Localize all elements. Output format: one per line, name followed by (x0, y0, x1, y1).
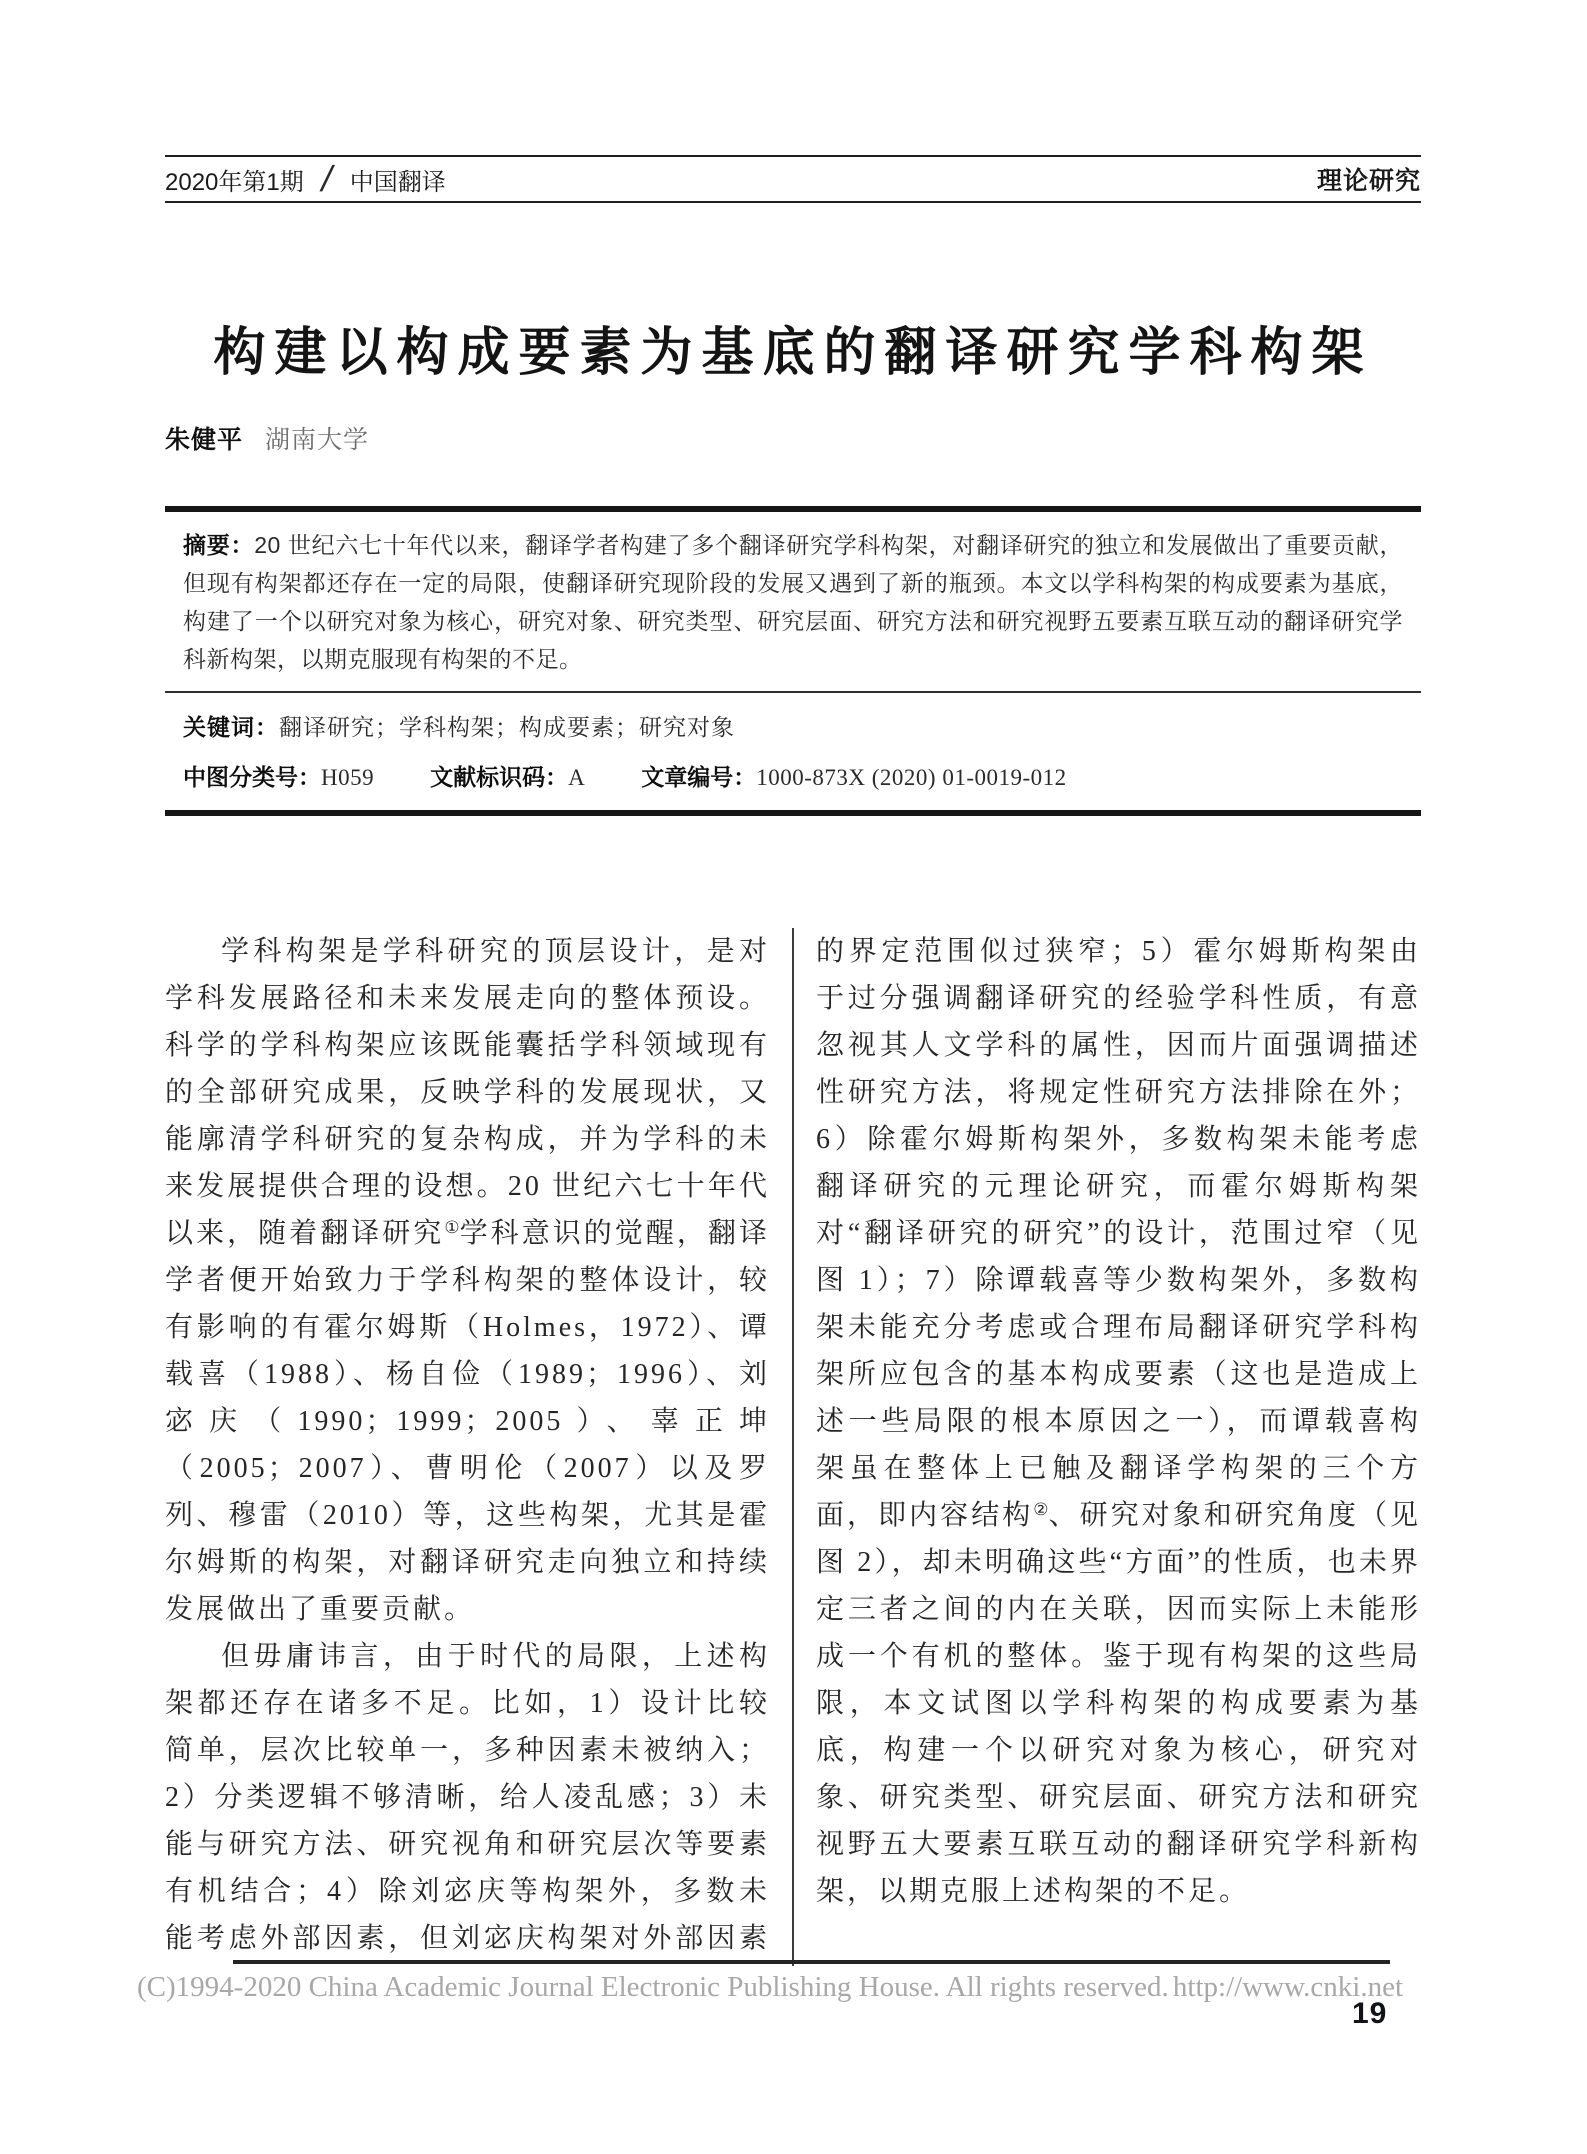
article-body: 学科构架是学科研究的顶层设计，是对学科发展路径和未来发展走向的整体预设。科学的学… (165, 928, 1421, 1966)
clc-label: 中图分类号： (183, 764, 321, 790)
article-title: 构建以构成要素为基底的翻译研究学科构架 (165, 321, 1421, 385)
header-left-group: 2020年第1期 / 中国翻译 (165, 158, 446, 200)
author-name: 朱健平 (165, 426, 243, 454)
journal-page: 2020年第1期 / 中国翻译 理论研究 构建以构成要素为基底的翻译研究学科构架… (0, 0, 1587, 2154)
author-affiliation: 湖南大学 (265, 426, 369, 454)
doc-code-label: 文献标识码： (430, 764, 568, 790)
issue-label: 2020年第1期 (165, 162, 304, 197)
clc-item: 中图分类号：H059 (183, 759, 374, 792)
author-line: 朱健平 湖南大学 (165, 420, 1421, 456)
article-id-label: 文章编号： (641, 764, 756, 790)
copyright-text: (C)1994-2020 China Academic Journal Elec… (137, 1971, 1169, 2004)
article-id-value: 1000-873X (2020) 01-0019-012 (756, 765, 1066, 790)
journal-header: 2020年第1期 / 中国翻译 理论研究 (165, 155, 1421, 203)
page-number: 19 (1352, 1997, 1387, 2031)
footnote-ref-2: ② (1033, 1500, 1048, 1519)
footer-rule (233, 1960, 1390, 1964)
page-content: 2020年第1期 / 中国翻译 理论研究 构建以构成要素为基底的翻译研究学科构架… (165, 0, 1421, 1966)
abstract-block: 摘要：20 世纪六七十年代以来，翻译学者构建了多个翻译研究学科构架，对翻译研究的… (165, 506, 1421, 816)
section-name: 理论研究 (1317, 161, 1421, 197)
body-paragraph-1: 学科构架是学科研究的顶层设计，是对学科发展路径和未来发展走向的整体预设。科学的学… (165, 928, 770, 1633)
abstract-text: 20 世纪六七十年代以来，翻译学者构建了多个翻译研究学科构架，对翻译研究的独立和… (183, 532, 1403, 672)
copyright-line: (C)1994-2020 China Academic Journal Elec… (137, 1971, 1403, 2004)
article-id-item: 文章编号：1000-873X (2020) 01-0019-012 (641, 759, 1066, 792)
clc-value: H059 (321, 765, 374, 790)
journal-name: 中国翻译 (350, 162, 446, 197)
paragraph-1-text: 学科构架是学科研究的顶层设计，是对学科发展路径和未来发展走向的整体预设。科学的学… (165, 936, 770, 1249)
keywords-text: 翻译研究；学科构架；构成要素；研究对象 (279, 714, 735, 740)
abstract-paragraph: 摘要：20 世纪六七十年代以来，翻译学者构建了多个翻译研究学科构架，对翻译研究的… (165, 520, 1421, 678)
doc-code-item: 文献标识码：A (430, 759, 585, 792)
separator-slash: / (317, 158, 336, 200)
keywords-line: 关键词：翻译研究；学科构架；构成要素；研究对象 (165, 693, 1421, 742)
footnote-ref-1: ① (444, 1218, 459, 1237)
abstract-label: 摘要： (183, 532, 254, 558)
paragraph-2-text-continued: 、研究对象和研究角度（见图 2），却未明确这些“方面”的性质，也未界定三者之间的… (816, 1500, 1421, 1907)
doc-code-value: A (568, 765, 585, 790)
keywords-label: 关键词： (183, 714, 279, 740)
classification-row: 中图分类号：H059 文献标识码：A 文章编号：1000-873X (2020)… (165, 742, 1421, 792)
paragraph-1-text-continued: 学科意识的觉醒，翻译学者便开始致力于学科构架的整体设计，较有影响的有霍尔姆斯（H… (165, 1218, 770, 1625)
